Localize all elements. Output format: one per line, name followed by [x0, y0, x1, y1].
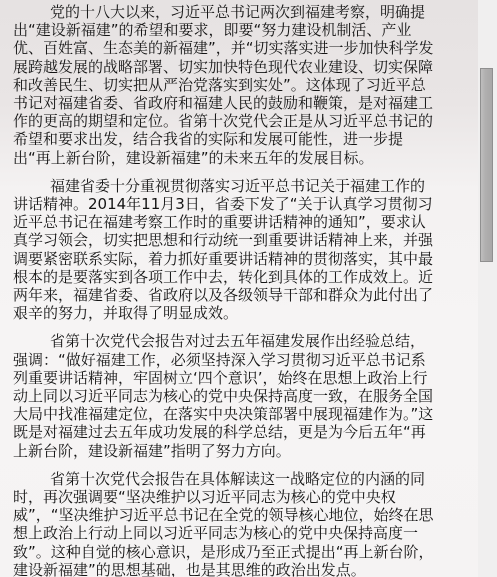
- paragraph-3: 省第十次党代会报告对过去五年福建发展作出经验总结，强调：“做好福建工作，必须坚持…: [13, 332, 437, 459]
- paragraph-1: 党的十八大以来，习近平总书记两次到福建考察，明确提出“建设新福建”的希望和要求，…: [13, 3, 437, 167]
- paragraph-4: 省第十次党代会报告在具体解读这一战略定位的内涵的同时，再次强调要“坚决维护以习近…: [13, 470, 437, 577]
- document-page: 党的十八大以来，习近平总书记两次到福建考察，明确提出“建设新福建”的希望和要求，…: [0, 0, 478, 577]
- vertical-scrollbar[interactable]: [478, 0, 497, 577]
- scrollbar-thumb[interactable]: [480, 68, 493, 262]
- paragraph-2: 福建省委十分重视贯彻落实习近平总书记关于福建工作的讲话精神。2014年11月3日…: [13, 177, 437, 323]
- document-text: 党的十八大以来，习近平总书记两次到福建考察，明确提出“建设新福建”的希望和要求，…: [13, 3, 437, 577]
